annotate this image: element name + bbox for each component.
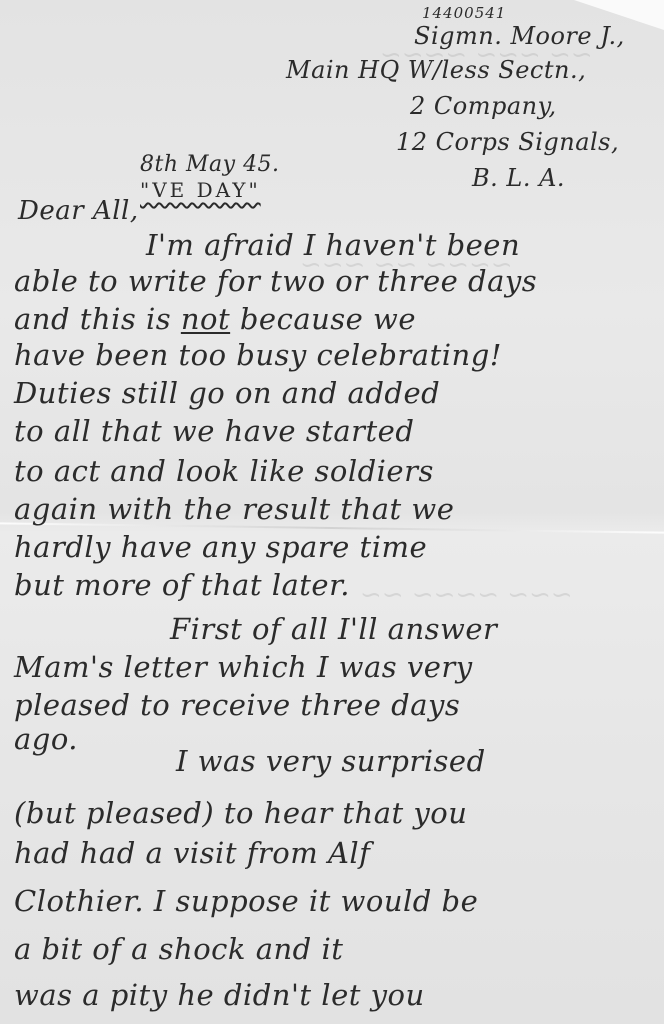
salutation: Dear All, [18,196,139,226]
address-line-1: Sigmn. Moore J., [414,22,625,50]
body-line: First of all I'll answer [170,612,497,646]
address-line-3: 2 Company, [410,92,557,120]
body-line: a bit of a shock and it [14,932,343,966]
body-line: again with the result that we [14,492,454,526]
address-line-4: 12 Corps Signals, [396,128,619,156]
body-line: was a pity he didn't let you [14,978,425,1012]
body-line: I'm afraid I haven't been [146,228,520,262]
body-line: to all that we have started [14,414,414,448]
service-number: 14400541 [422,4,506,22]
body-line: hardly have any spare time [14,530,427,564]
body-line: able to write for two or three days [14,264,537,298]
address-line-5: B. L. A. [472,164,565,192]
emphasis-not: not [181,302,230,336]
body-line: (but pleased) to hear that you [14,796,467,830]
ve-day-heading: "VE DAY" [140,178,261,202]
letter-page: ~~ ~~~ ~~~~ ~~~~ ~~ ~~~ ~~~ ~~~~ ~~ 1440… [0,0,664,1024]
address-line-2: Main HQ W/less Sectn., [286,56,586,84]
body-line: Mam's letter which I was very [14,650,473,684]
body-line: have been too busy celebrating! [14,338,502,372]
letter-date: 8th May 45. [140,152,280,177]
body-line: Clothier. I suppose it would be [14,884,478,918]
body-line: I was very surprised [176,744,486,778]
body-line: and this is not because we [14,302,416,336]
body-line: had had a visit from Alf [14,836,370,870]
body-line: but more of that later. [14,568,350,602]
body-line: to act and look like soldiers [14,454,434,488]
body-line: pleased to receive three days [14,688,460,722]
body-line: Duties still go on and added [14,376,440,410]
body-line: ago. [14,722,78,756]
reverse-bleed-through: ~~~ ~~~~ ~~ [360,580,573,610]
